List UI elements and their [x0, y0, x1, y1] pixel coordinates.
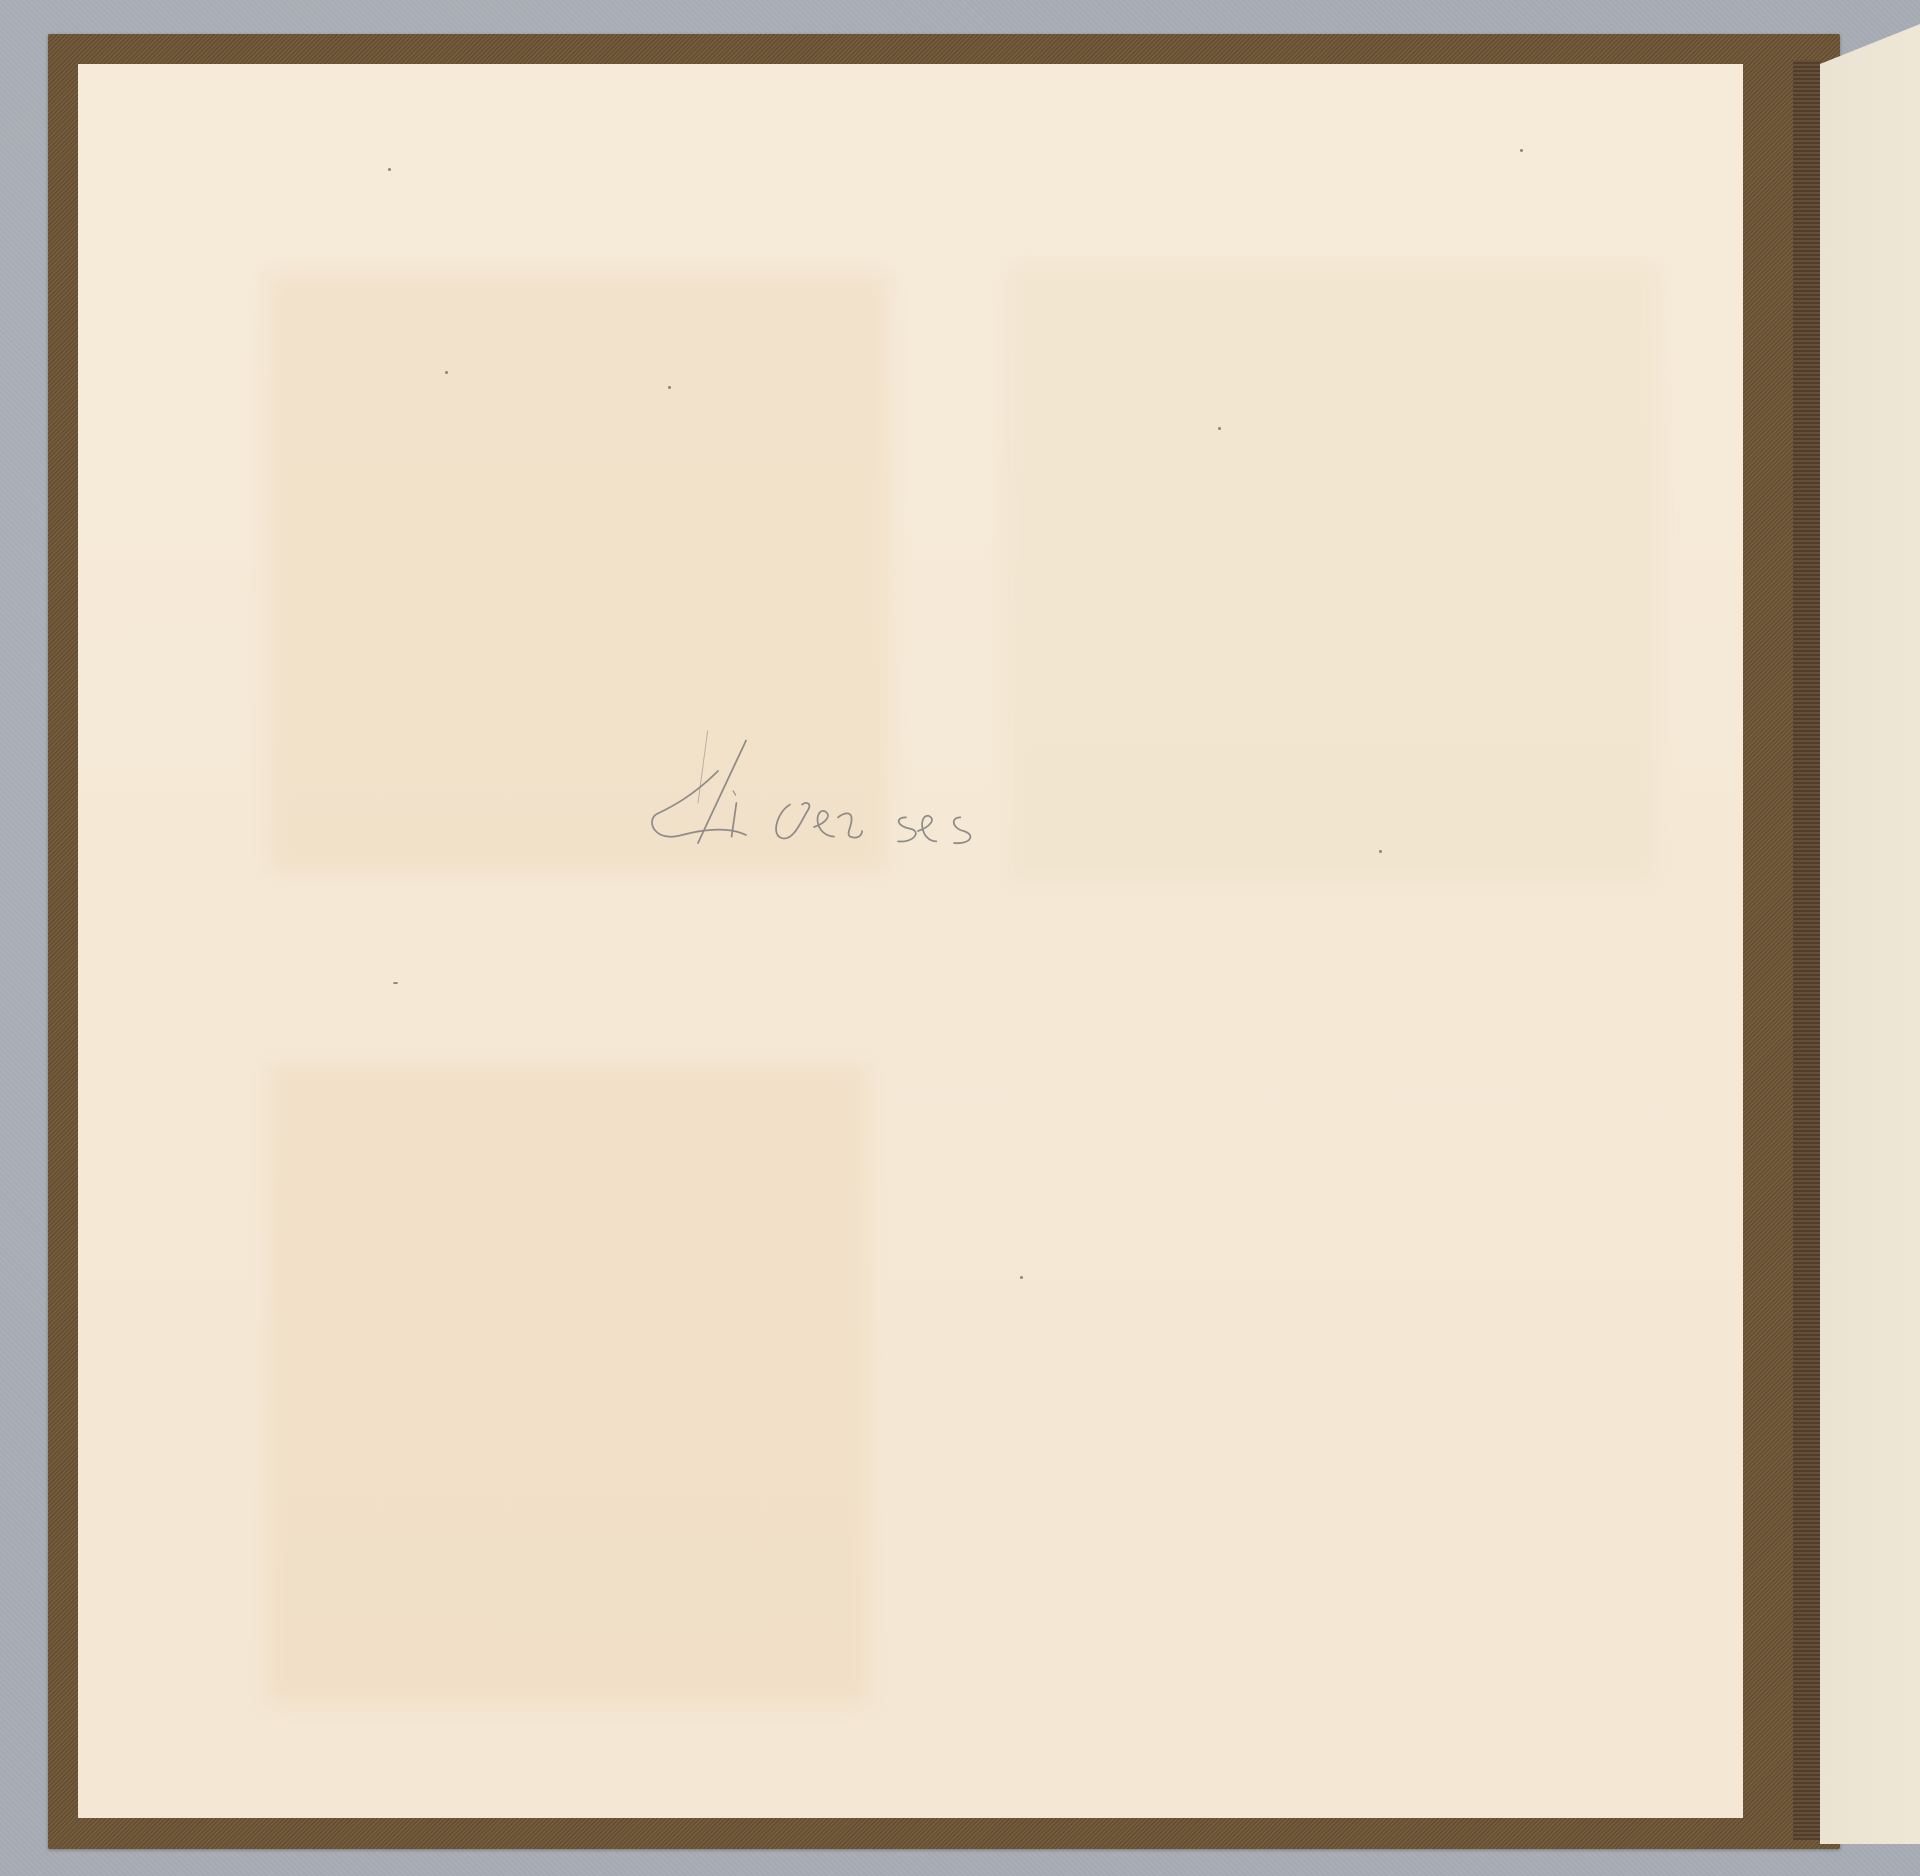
paper-speck [1379, 850, 1382, 853]
binding-gutter [1793, 60, 1820, 1840]
pencil-inscription: Diverses [598, 715, 1038, 875]
album-page [78, 64, 1743, 1818]
paper-speck [668, 386, 671, 389]
paper-speck [1218, 427, 1221, 430]
offset-ghost-top-right [1008, 264, 1658, 884]
handwriting-glyphs [598, 715, 1038, 875]
offset-ghost-bottom-left [268, 1064, 868, 1704]
paper-speck [393, 982, 398, 984]
paper-speck [445, 371, 448, 374]
paper-speck [1020, 1276, 1023, 1279]
next-page-edge [1820, 24, 1920, 1844]
paper-speck [1520, 149, 1523, 152]
paper-speck [388, 168, 391, 171]
